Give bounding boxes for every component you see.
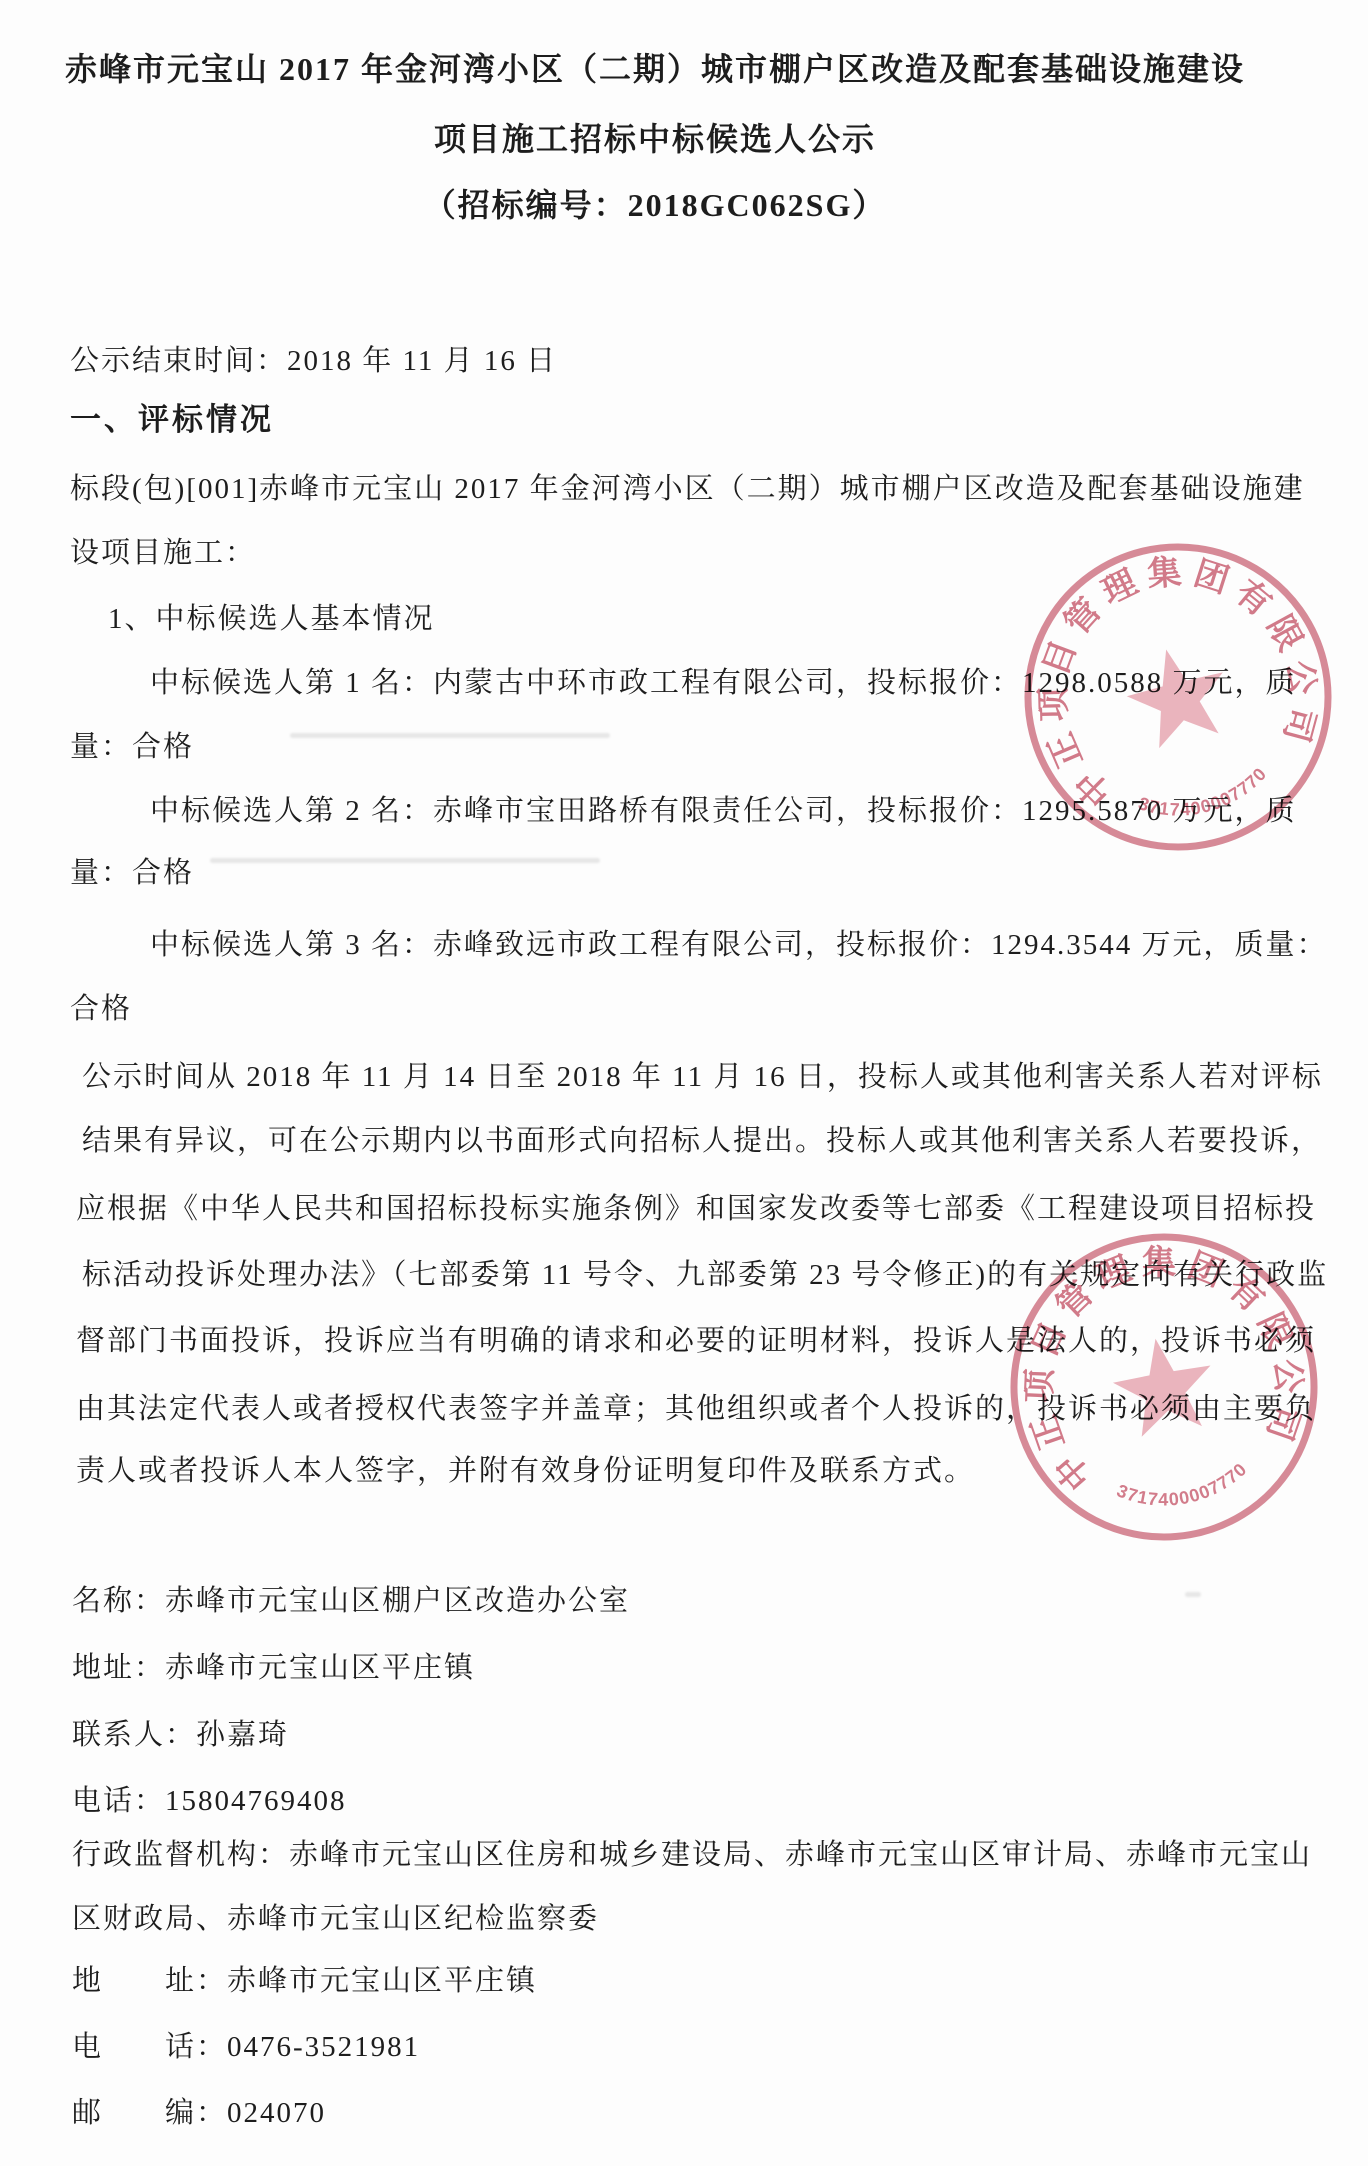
doc-line: 结果有异议，可在公示期内以书面形式向招标人提出。投标人或其他利害关系人若要投诉， [82,1118,1322,1159]
doc-line: 量：合格 [70,724,194,765]
doc-line-phone: 电话：15804769408 [72,1778,347,1819]
doc-line: 量：合格 [70,850,194,891]
company-seal-stamp-1: 中正项目管理集团有限公司 3717400007770 [1018,537,1338,857]
scan-smudge [290,733,610,738]
doc-line-org-address: 地址：赤峰市元宝山区平庄镇 [72,1645,475,1686]
svg-text:3717400007770: 3717400007770 [1132,761,1277,833]
doc-line: 标段(包)[001]赤峰市元宝山 2017 年金河湾小区（二期）城市棚户区改造及… [70,466,1305,507]
doc-title-line2: 项目施工招标中标候选人公示 [0,114,1310,160]
company-seal-stamp-2: 中正项目管理集团有限公司 3717400007770 [1004,1227,1324,1547]
doc-line: 公示时间从 2018 年 11 月 14 日至 2018 年 11 月 16 日… [82,1054,1323,1095]
doc-line-sup-phone: 电 话：0476-3521981 [72,2024,420,2065]
doc-line-sup-address: 地 址：赤峰市元宝山区平庄镇 [72,1958,537,1999]
doc-line-supervisors: 行政监督机构：赤峰市元宝山区住房和城乡建设局、赤峰市元宝山区审计局、赤峰市元宝山 [72,1832,1312,1873]
seal-serial-number: 3717400007770 [1132,761,1277,833]
scan-smudge [1185,1592,1201,1597]
doc-line: 应根据《中华人民共和国招标投标实施条例》和国家发改委等七部委《工程建设项目招标投 [76,1186,1316,1227]
doc-line: 责人或者投诉人本人签字，并附有效身份证明复印件及联系方式。 [76,1448,975,1489]
scan-smudge [210,858,600,863]
doc-tender-number: （招标编号：2018GC062SG） [0,180,1310,226]
doc-title-line1: 赤峰市元宝山 2017 年金河湾小区（二期）城市棚户区改造及配套基础设施建设 [0,44,1310,90]
doc-line: 区财政局、赤峰市元宝山区纪检监察委 [72,1896,599,1937]
doc-line-contact: 联系人：孙嘉琦 [72,1712,289,1753]
doc-line-subheading: 1、中标候选人基本情况 [108,596,435,637]
seal-star-icon [1107,1330,1221,1440]
doc-line-postcode: 邮 编：024070 [72,2090,326,2131]
seal-serial-number: 3717400007770 [1111,1457,1255,1520]
doc-line-publicity-end: 公示结束时间：2018 年 11 月 16 日 [70,338,557,379]
document-page: 赤峰市元宝山 2017 年金河湾小区（二期）城市棚户区改造及配套基础设施建设 项… [0,0,1368,2166]
doc-line: 设项目施工： [70,530,256,571]
doc-line-org-name: 名称：赤峰市元宝山区棚户区改造办公室 [72,1578,630,1619]
section-heading: 一、评标情况 [70,394,274,439]
seal-star-icon [1118,637,1237,752]
svg-text:3717400007770: 3717400007770 [1111,1457,1255,1520]
doc-line: 合格 [70,986,132,1027]
doc-line-candidate-3: 中标候选人第 3 名：赤峰致远市政工程有限公司，投标报价：1294.3544 万… [150,922,1328,963]
